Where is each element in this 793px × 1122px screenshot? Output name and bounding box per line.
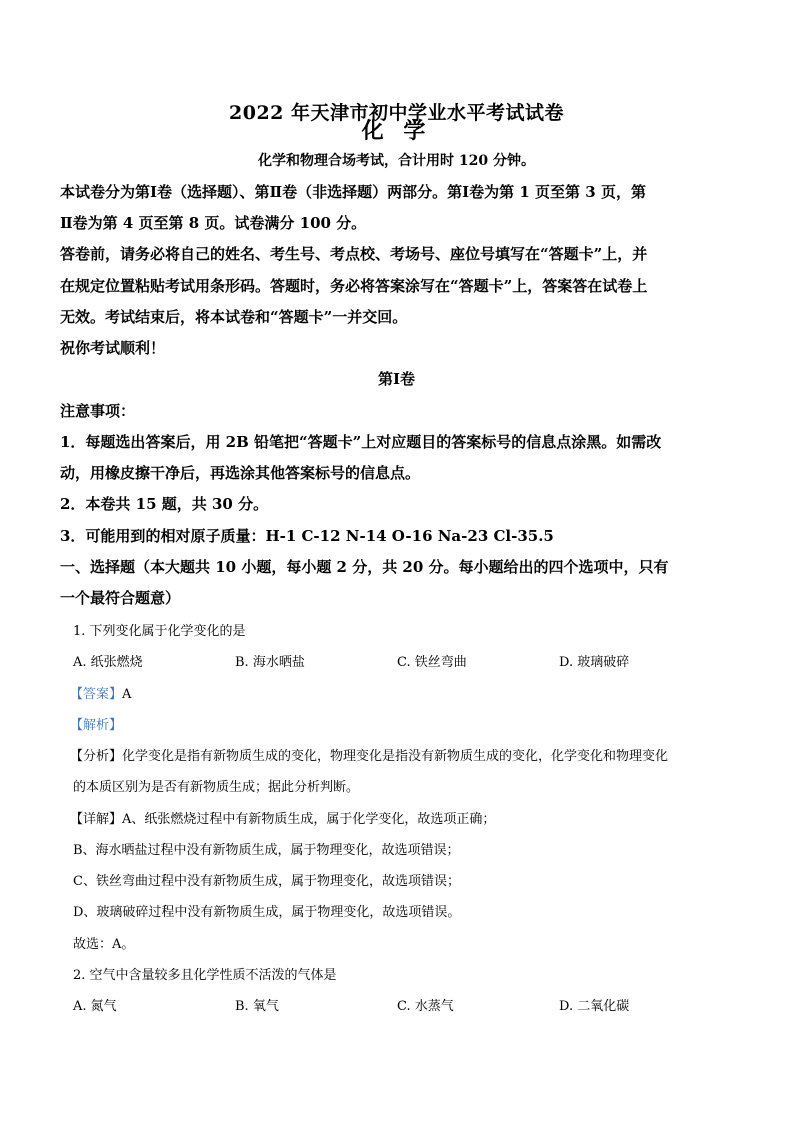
option-c: C. 水蒸气 bbox=[397, 995, 454, 1014]
xiangjie-line-d: D、玻璃破碎过程中没有新物质生成，属于物理变化，故选项错误。 bbox=[73, 901, 460, 920]
instructions-p2-line3: 无效。考试结束后，将本试卷和“答题卡”一并交回。 bbox=[60, 306, 407, 327]
note-2: 2．本卷共 15 题，共 30 分。 bbox=[60, 493, 268, 514]
option-b: B. 海水晒盐 bbox=[235, 651, 305, 670]
exam-page: 2022 年天津市初中学业水平考试试卷 化 学 化学和物理合场考试，合计用时 1… bbox=[0, 0, 793, 1122]
fenxi-line1: 【分析】化学变化是指有新物质生成的变化，物理变化是指没有新物质生成的变化，化学变… bbox=[70, 745, 668, 764]
instructions-p1-line2: Ⅱ卷为第 4 页至第 8 页。试卷满分 100 分。 bbox=[60, 212, 366, 233]
xiangjie-line-b: B、海水晒盐过程中没有新物质生成，属于物理变化，故选项错误； bbox=[73, 839, 460, 858]
option-c: C. 铁丝弯曲 bbox=[397, 651, 467, 670]
section-heading: 第Ⅰ卷 bbox=[0, 368, 793, 389]
note-1-line2: 动，用橡皮擦干净后，再选涂其他答案标号的信息点。 bbox=[60, 462, 420, 483]
answer-line: 【答案】A bbox=[70, 683, 131, 702]
instructions-p2-line2: 在规定位置粘贴考试用条形码。答题时，务必将答案涂写在“答题卡”上，答案答在试卷上 bbox=[60, 275, 647, 296]
part-title-line1: 一、选择题（本大题共 10 小题，每小题 2 分，共 20 分。每小题给出的四个… bbox=[60, 556, 669, 577]
instructions-p1-line1: 本试卷分为第Ⅰ卷（选择题）、第Ⅱ卷（非选择题）两部分。第Ⅰ卷为第 1 页至第 3… bbox=[60, 181, 646, 202]
exam-note: 化学和物理合场考试，合计用时 120 分钟。 bbox=[0, 150, 793, 170]
xiangjie-line-a: 【详解】A、纸张燃烧过程中有新物质生成，属于化学变化，故选项正确； bbox=[70, 808, 495, 827]
option-a: A. 氮气 bbox=[73, 995, 117, 1014]
note-3: 3．可能用到的相对原子质量：H-1 C-12 N-14 O-16 Na-23 C… bbox=[60, 525, 554, 546]
option-d: D. 玻璃破碎 bbox=[559, 651, 629, 670]
answer-label: 【答案】 bbox=[70, 687, 122, 702]
fenxi-line2: 的本质区别为是否有新物质生成；据此分析判断。 bbox=[73, 776, 359, 795]
question-2-stem: 2. 空气中含量较多且化学性质不活泼的气体是 bbox=[73, 964, 337, 983]
xiangjie-line-c: C、铁丝弯曲过程中没有新物质生成，属于物理变化，故选项错误； bbox=[73, 870, 460, 889]
option-a: A. 纸张燃烧 bbox=[73, 651, 143, 670]
xiangjie-label: 【详解】 bbox=[70, 812, 122, 827]
fenxi-text: 化学变化是指有新物质生成的变化，物理变化是指没有新物质生成的变化，化学变化和物理… bbox=[122, 749, 668, 764]
conclusion: 故选：A。 bbox=[73, 933, 134, 952]
wish-text: 祝你考试顺利！ bbox=[60, 337, 165, 358]
note-1-line1: 1．每题选出答案后，用 2B 铅笔把“答题卡”上对应题目的答案标号的信息点涂黑。… bbox=[60, 431, 661, 452]
option-b: B. 氧气 bbox=[235, 995, 279, 1014]
fenxi-label: 【分析】 bbox=[70, 749, 122, 764]
option-d: D. 二氧化碳 bbox=[559, 995, 629, 1014]
xiangjie-text-a: A、纸张燃烧过程中有新物质生成，属于化学变化，故选项正确； bbox=[122, 812, 495, 827]
part-title-line2: 一个最符合题意） bbox=[60, 587, 180, 608]
subject-title: 化 学 bbox=[0, 114, 793, 145]
answer-value: A bbox=[122, 687, 131, 702]
analysis-label: 【解析】 bbox=[70, 714, 122, 733]
notes-title: 注意事项： bbox=[60, 400, 135, 421]
question-1-stem: 1. 下列变化属于化学变化的是 bbox=[73, 620, 246, 639]
instructions-p2-line1: 答卷前，请务必将自己的姓名、考生号、考点校、考场号、座位号填写在“答题卡”上，并 bbox=[60, 243, 647, 264]
